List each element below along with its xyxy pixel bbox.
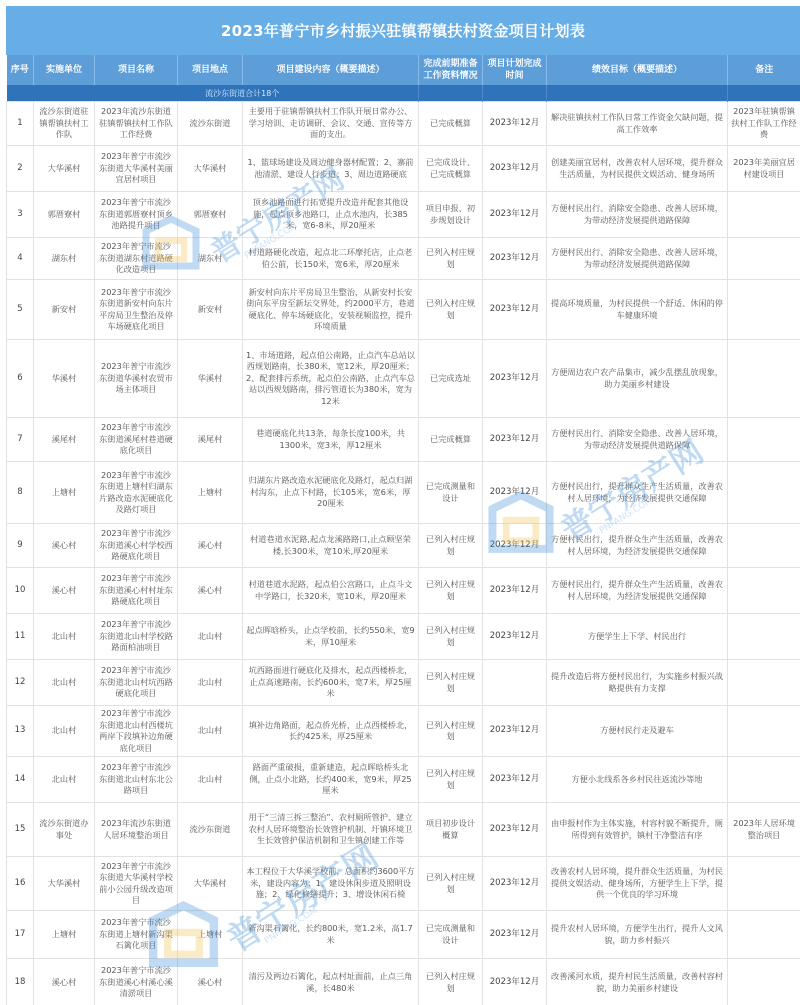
cell-project-name: 2023年流沙东街道人居环境整治项目	[95, 803, 178, 857]
subtotal-empty-cell	[483, 85, 547, 102]
col-header-goal: 绩效目标（概要描述）	[547, 55, 728, 85]
cell-seq: 18	[7, 959, 34, 1005]
cell-prep-status: 已完成设计、已完成概算	[419, 146, 483, 192]
cell-location: 北山村	[178, 706, 243, 757]
table-row: 15流沙东街道办事处2023年流沙东街道人居环境整治项目流沙东街道用于“三清三拆…	[7, 803, 800, 857]
col-header-prep: 完成前期准备工作资料情况	[419, 55, 483, 85]
subtotal-row: 流沙东街道合计18个	[7, 85, 800, 102]
cell-completion-date: 2023年12月	[483, 418, 547, 462]
cell-project-name: 2023年普宁市流沙东街道北山村学校路路面柏油项目	[95, 614, 178, 660]
cell-seq: 17	[7, 911, 34, 959]
cell-seq: 13	[7, 706, 34, 757]
cell-unit: 北山村	[34, 660, 95, 706]
cell-seq: 8	[7, 462, 34, 524]
table-row: 3郭厝寮村2023年普宁市流沙东街道郭厝寮村顶乡池路提升项目郭厝寮村顶乡池路面进…	[7, 192, 800, 238]
cell-unit: 湖东村	[34, 238, 95, 280]
cell-completion-date: 2023年12月	[483, 568, 547, 614]
cell-prep-status: 已列入村庄规划	[419, 280, 483, 340]
cell-prep-status: 已完成测量和设计	[419, 462, 483, 524]
cell-project-name: 2023年普宁市流沙东街道新安村向东片平房局卫生整治及停车场硬底化项目	[95, 280, 178, 340]
cell-goal: 提高环境质量，为村民提供一个舒适、休闲的停车健康环境	[547, 280, 728, 340]
cell-project-name: 2023年普宁市流沙东街道华溪村农贸市场主体项目	[95, 340, 178, 418]
cell-content: 起点晖晗桥头，止点学校前，长约550米，宽9米，厚10厘米	[243, 614, 419, 660]
col-header-remark: 备注	[728, 55, 800, 85]
table-row: 10溪心村2023年普宁市流沙东街道溪心村村址东路硬底化项目溪心村村道巷道水泥路…	[7, 568, 800, 614]
cell-seq: 12	[7, 660, 34, 706]
cell-seq: 2	[7, 146, 34, 192]
cell-project-name: 2023年普宁市流沙东街道北山村西楼坑两岸下段填补边角硬底化项目	[95, 706, 178, 757]
cell-prep-status: 项目申报、初步规划设计	[419, 192, 483, 238]
cell-seq: 9	[7, 524, 34, 568]
cell-remark	[728, 911, 800, 959]
cell-project-name: 2023年普宁市流沙东街道郭厝寮村顶乡池路提升项目	[95, 192, 178, 238]
cell-location: 郭厝寮村	[178, 192, 243, 238]
cell-project-name: 2023年普宁市流沙东街道溪心村学校西路硬底化项目	[95, 524, 178, 568]
cell-completion-date	[483, 660, 547, 706]
table-row: 11北山村2023年普宁市流沙东街道北山村学校路路面柏油项目北山村起点晖晗桥头，…	[7, 614, 800, 660]
cell-unit: 新安村	[34, 280, 95, 340]
cell-goal: 方便村民出行，提升群众生产生活质量，改善农村人居环境，为经济发展提供交通保障	[547, 462, 728, 524]
cell-content: 用于“三清三拆三整治”、农村厕所管护、建立农村人居环境整治长效管护机制、圩镇环境…	[243, 803, 419, 857]
table-row: 2大华溪村2023年普宁市流沙东街道大华溪村美丽宜居村项目大华溪村1、篮球场建设…	[7, 146, 800, 192]
cell-goal: 提升改造后将方便村民出行，为实施乡村振兴战略提供有力支撑	[547, 660, 728, 706]
cell-seq: 6	[7, 340, 34, 418]
cell-location: 新安村	[178, 280, 243, 340]
cell-prep-status: 已列入村庄规划	[419, 614, 483, 660]
cell-seq: 15	[7, 803, 34, 857]
cell-unit: 北山村	[34, 706, 95, 757]
cell-unit: 流沙东街道驻镇帮镇扶村工作队	[34, 102, 95, 146]
cell-completion-date: 2023年12月	[483, 146, 547, 192]
cell-remark	[728, 959, 800, 1005]
cell-content: 填补边角路面，起点侨光桥，止点西楼桥北，长约425米，厚25厘米	[243, 706, 419, 757]
cell-remark: 2023年美丽宜居村建设项目	[728, 146, 800, 192]
cell-completion-date: 2023年12月	[483, 102, 547, 146]
table-row: 14北山村2023年普宁市流沙东街道北山村东北公路项目北山村路面严重破损，重新建…	[7, 757, 800, 803]
cell-goal: 方便学生上下学、村民出行	[547, 614, 728, 660]
cell-content: 1、篮球场建设及周边健身器材配置；2、寨前池清淤、建设人行步道；3、周边道路硬底	[243, 146, 419, 192]
cell-project-name: 2023年普宁市流沙东街道北山村坑西路硬底化项目	[95, 660, 178, 706]
cell-completion-date: 2023年12月	[483, 857, 547, 911]
cell-goal: 由申报村作为主体实施，村容村貌不断提升，厕所得到有效管护，镇村干净整洁有序	[547, 803, 728, 857]
cell-project-name: 2023年普宁市流沙东街道北山村东北公路项目	[95, 757, 178, 803]
cell-location: 北山村	[178, 757, 243, 803]
cell-completion-date: 2023年12月	[483, 959, 547, 1005]
cell-project-name: 2023年普宁市流沙东街道溪心村溪心溪清淤项目	[95, 959, 178, 1005]
cell-seq: 3	[7, 192, 34, 238]
cell-location: 华溪村	[178, 340, 243, 418]
cell-remark	[728, 462, 800, 524]
cell-completion-date: 2023年12月	[483, 614, 547, 660]
cell-project-name: 2023年普宁市流沙东街道上塘村归湖东片路改造水泥硬底化及路灯项目	[95, 462, 178, 524]
table-row: 18溪心村2023年普宁市流沙东街道溪心村溪心溪清淤项目溪心村清污及两边石篱化，…	[7, 959, 800, 1005]
cell-prep-status: 已列入村庄规划	[419, 524, 483, 568]
cell-content: 本工程位于大华溪学校前，总面积约3600平方米，建设内容为：1、建设休闲步道及照…	[243, 857, 419, 911]
table-row: 7溪尾村2023年普宁市流沙东街道溪尾村巷道硬底化项目溪尾村巷道硬底化共13条、…	[7, 418, 800, 462]
cell-remark	[728, 280, 800, 340]
subtotal-label: 流沙东街道合计18个	[7, 85, 419, 102]
cell-location: 溪尾村	[178, 418, 243, 462]
cell-goal: 提升农村人居环境，方便学生出行，提升人文风貌，助力乡村振兴	[547, 911, 728, 959]
cell-seq: 11	[7, 614, 34, 660]
cell-location: 北山村	[178, 660, 243, 706]
cell-unit: 溪心村	[34, 568, 95, 614]
cell-goal: 方便村民出行，提升群众生产生活质量，改善农村人居环境，为经济发展提供交通保障	[547, 568, 728, 614]
cell-prep-status: 已列入村庄规划	[419, 660, 483, 706]
cell-project-name: 2023年流沙东街道驻镇帮镇扶村工作队工作经费	[95, 102, 178, 146]
cell-content: 坑西路面进行硬底化及排水，起点西楼桥北，止点高速路南，长约600米，宽7米，厚2…	[243, 660, 419, 706]
cell-remark	[728, 706, 800, 757]
cell-location: 流沙东街道	[178, 803, 243, 857]
cell-completion-date: 2023年12月	[483, 524, 547, 568]
cell-remark	[728, 568, 800, 614]
cell-seq: 14	[7, 757, 34, 803]
table-row: 8上塘村2023年普宁市流沙东街道上塘村归湖东片路改造水泥硬底化及路灯项目上塘村…	[7, 462, 800, 524]
cell-content: 新沟渠石篱化，长约800米，宽1.2米，高1.7米	[243, 911, 419, 959]
cell-content: 巷道硬底化共13条、每条长度100米，共1300米，宽3米，厚12厘米	[243, 418, 419, 462]
cell-remark	[728, 857, 800, 911]
subtotal-empty-cell	[419, 85, 483, 102]
cell-location: 湖东村	[178, 238, 243, 280]
cell-location: 大华溪村	[178, 146, 243, 192]
cell-goal: 方便村民行走及避车	[547, 706, 728, 757]
cell-content: 路面严重破损，重新建造，起点晖晗桥头北侧，止点小北路，长约400米，宽9米，厚2…	[243, 757, 419, 803]
cell-completion-date: 2023年12月	[483, 462, 547, 524]
cell-goal: 方便周边农户农产品集市，减少乱摆乱放现象，助力美丽乡村建设	[547, 340, 728, 418]
table-row: 9溪心村2023年普宁市流沙东街道溪心村学校西路硬底化项目溪心村村道巷道水泥路,…	[7, 524, 800, 568]
table-row: 6华溪村2023年普宁市流沙东街道华溪村农贸市场主体项目华溪村1、市场道路，起点…	[7, 340, 800, 418]
cell-location: 溪心村	[178, 524, 243, 568]
cell-remark	[728, 340, 800, 418]
cell-location: 大华溪村	[178, 857, 243, 911]
cell-seq: 5	[7, 280, 34, 340]
cell-unit: 华溪村	[34, 340, 95, 418]
cell-prep-status: 已完成测量和设计	[419, 911, 483, 959]
cell-unit: 溪心村	[34, 959, 95, 1005]
cell-completion-date: 2023年12月	[483, 280, 547, 340]
table-row: 17上塘村2023年普宁市流沙东街道上塘村新沟渠石篱化项目上塘村新沟渠石篱化，长…	[7, 911, 800, 959]
cell-completion-date: 2023年12月	[483, 192, 547, 238]
cell-location: 溪心村	[178, 568, 243, 614]
cell-project-name: 2023年普宁市流沙东街道溪心村村址东路硬底化项目	[95, 568, 178, 614]
cell-project-name: 2023年普宁市流沙东街道溪尾村巷道硬底化项目	[95, 418, 178, 462]
cell-prep-status: 已列入村庄规划	[419, 857, 483, 911]
cell-remark: 2023年驻镇帮镇扶村工作队工作经费	[728, 102, 800, 146]
cell-prep-status: 已完成概算	[419, 102, 483, 146]
cell-prep-status: 已列入村庄规划	[419, 238, 483, 280]
table-row: 13北山村2023年普宁市流沙东街道北山村西楼坑两岸下段填补边角硬底化项目北山村…	[7, 706, 800, 757]
cell-completion-date: 2023年12月	[483, 238, 547, 280]
table-row: 5新安村2023年普宁市流沙东街道新安村向东片平房局卫生整治及停车场硬底化项目新…	[7, 280, 800, 340]
cell-location: 北山村	[178, 614, 243, 660]
cell-prep-status: 已列入村庄规划	[419, 706, 483, 757]
col-header-seq: 序号	[7, 55, 34, 85]
cell-remark	[728, 614, 800, 660]
cell-unit: 流沙东街道办事处	[34, 803, 95, 857]
cell-content: 村道路硬化改造，起点北二环摩托店，止点老伯公前，长150米，宽6米，厚20厘米	[243, 238, 419, 280]
cell-prep-status: 已列入村庄规划	[419, 757, 483, 803]
cell-remark: 2023年人居环境整治项目	[728, 803, 800, 857]
cell-seq: 7	[7, 418, 34, 462]
cell-unit: 上塘村	[34, 462, 95, 524]
table-row: 4湖东村2023年普宁市流沙东街道湖东村道路硬化改造项目湖东村村道路硬化改造，起…	[7, 238, 800, 280]
cell-remark	[728, 524, 800, 568]
sheet-title: 2023年普宁市乡村振兴驻镇帮镇扶村资金项目计划表	[6, 6, 800, 55]
cell-content: 村道巷道水泥路，起点伯公宫路口，止点斗文中学路口，长320米，宽10米，厚20厘…	[243, 568, 419, 614]
cell-location: 上塘村	[178, 911, 243, 959]
cell-completion-date: 2023年12月	[483, 757, 547, 803]
cell-goal: 改善溪河水质，提升村民生活质量，改善村容村貌，助力美丽乡村建设	[547, 959, 728, 1005]
cell-location: 溪心村	[178, 959, 243, 1005]
table-row: 1流沙东街道驻镇帮镇扶村工作队2023年流沙东街道驻镇帮镇扶村工作队工作经费流沙…	[7, 102, 800, 146]
col-header-date: 项目计划完成时间	[483, 55, 547, 85]
cell-seq: 10	[7, 568, 34, 614]
col-header-location: 项目地点	[178, 55, 243, 85]
cell-seq: 4	[7, 238, 34, 280]
cell-location: 上塘村	[178, 462, 243, 524]
cell-unit: 郭厝寮村	[34, 192, 95, 238]
cell-unit: 溪尾村	[34, 418, 95, 462]
cell-goal: 方便村民出行，提升群众生产生活质量，改善农村人居环境，为经济发展提供交通保障	[547, 524, 728, 568]
cell-project-name: 2023年普宁市流沙东街道上塘村新沟渠石篱化项目	[95, 911, 178, 959]
cell-seq: 1	[7, 102, 34, 146]
cell-content: 新安村向东片平房局卫生整治，从新安村长安街向东平房至新坛交界处，约2000平方，…	[243, 280, 419, 340]
project-table: 序号 实施单位 项目名称 项目地点 项目建设内容（概要描述） 完成前期准备工作资…	[6, 55, 800, 1005]
cell-goal: 方便村民出行、消除安全隐患、改善人居环境，为带动经济发展提供道路保障	[547, 418, 728, 462]
header-row: 序号 实施单位 项目名称 项目地点 项目建设内容（概要描述） 完成前期准备工作资…	[7, 55, 800, 85]
cell-content: 1、市场道路，起点伯公南路，止点汽车总站以西规划路南，长380米，宽12米，厚2…	[243, 340, 419, 418]
cell-project-name: 2023年普宁市流沙东街道湖东村道路硬化改造项目	[95, 238, 178, 280]
cell-completion-date: 2023年12月	[483, 340, 547, 418]
cell-content: 顶乡池路面进行拓宽提升改造并配套其他设施，起点顶乡池路口，止点水池内，长385米…	[243, 192, 419, 238]
col-header-content: 项目建设内容（概要描述）	[243, 55, 419, 85]
cell-goal: 方便小北线系各乡村民往返流沙等地	[547, 757, 728, 803]
cell-content: 归湖东片路改造水泥硬底化及路灯，起点归湖村沟东，止点下村路，长105米，宽6米，…	[243, 462, 419, 524]
cell-unit: 北山村	[34, 757, 95, 803]
cell-remark	[728, 757, 800, 803]
cell-prep-status: 已完成选址	[419, 340, 483, 418]
cell-unit: 大华溪村	[34, 146, 95, 192]
cell-remark	[728, 192, 800, 238]
subtotal-empty-cell	[547, 85, 728, 102]
table-row: 16大华溪村2023年普宁市流沙东街道大华溪村学校前小公园升级改造项目大华溪村本…	[7, 857, 800, 911]
cell-content: 村道巷道水泥路,起点龙溪路路口,止点顾坚荣楼,长300米，宽10米,厚20厘米	[243, 524, 419, 568]
cell-goal: 创建美丽宜居村，改善农村人居环境，提升群众生活质量，为村民提供文娱活动、健身场所	[547, 146, 728, 192]
cell-completion-date: 2023年12月	[483, 911, 547, 959]
project-plan-sheet: 2023年普宁市乡村振兴驻镇帮镇扶村资金项目计划表 序号 实施单位 项目名称 项…	[6, 6, 800, 1005]
cell-project-name: 2023年普宁市流沙东街道大华溪村美丽宜居村项目	[95, 146, 178, 192]
cell-remark	[728, 238, 800, 280]
cell-remark	[728, 660, 800, 706]
cell-content: 清污及两边石篱化，起点村址面前，止点三角溪，长480米	[243, 959, 419, 1005]
cell-unit: 溪心村	[34, 524, 95, 568]
cell-unit: 大华溪村	[34, 857, 95, 911]
cell-unit: 北山村	[34, 614, 95, 660]
subtotal-empty-cell	[728, 85, 800, 102]
table-row: 12北山村2023年普宁市流沙东街道北山村坑西路硬底化项目北山村坑西路面进行硬底…	[7, 660, 800, 706]
cell-remark	[728, 418, 800, 462]
cell-project-name: 2023年普宁市流沙东街道大华溪村学校前小公园升级改造项目	[95, 857, 178, 911]
cell-prep-status: 已列入村庄规划	[419, 959, 483, 1005]
cell-goal: 解决驻镇扶村工作队日常工作资金欠缺问题，提高工作效率	[547, 102, 728, 146]
cell-prep-status: 项目初步设计概算	[419, 803, 483, 857]
cell-content: 主要用于驻镇帮镇扶村工作队开展日常办公、学习培训、走访调研、会议、交通、宣传等方…	[243, 102, 419, 146]
cell-prep-status: 已列入村庄规划	[419, 568, 483, 614]
cell-goal: 方便村民出行、消除安全隐患、改善人居环境，为带动经济发展提供道路保障	[547, 192, 728, 238]
cell-completion-date: 2023年12月	[483, 803, 547, 857]
cell-completion-date: 2023年12月	[483, 706, 547, 757]
cell-location: 流沙东街道	[178, 102, 243, 146]
cell-prep-status: 已完成概算	[419, 418, 483, 462]
cell-unit: 上塘村	[34, 911, 95, 959]
cell-goal: 方便村民出行、消除安全隐患、改善人居环境，为带动经济发展提供道路保障	[547, 238, 728, 280]
col-header-name: 项目名称	[95, 55, 178, 85]
cell-goal: 改善农村人居环境，提升群众生活质量，为村民提供文娱活动、健身场所，方便学生上下学…	[547, 857, 728, 911]
cell-seq: 16	[7, 857, 34, 911]
col-header-unit: 实施单位	[34, 55, 95, 85]
